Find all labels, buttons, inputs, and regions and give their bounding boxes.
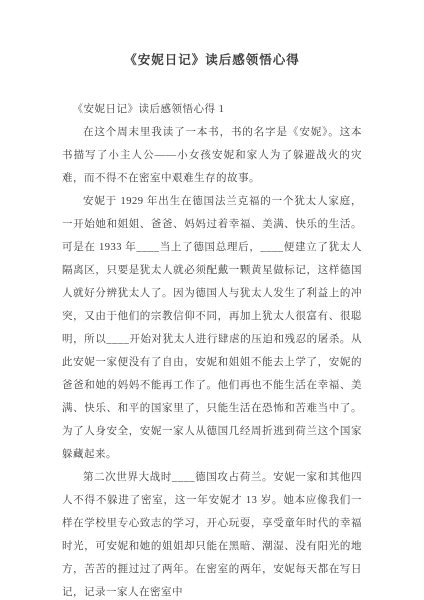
paragraph-secret-annex: 第二次世界大战时____德国攻占荷兰。安妮一家和其他四人不得不躲进了密室，这一年…	[62, 466, 362, 600]
section-heading: 《安妮日记》读后感领悟心得 1	[62, 98, 362, 121]
paragraph-anne-history: 安妮于 1929 年出生在德国法兰克福的一个犹太人家庭，一开始她和姐姐、爸爸、妈…	[62, 190, 362, 466]
paragraph-intro: 在这个周末里我读了一本书，书的名字是《安妮》。这本书描写了小主人公——小女孩安妮…	[62, 121, 362, 190]
document-page: 《安妮日记》读后感领悟心得 《安妮日记》读后感领悟心得 1 在这个周末里我读了一…	[0, 0, 424, 600]
document-title: 《安妮日记》读后感领悟心得	[62, 50, 362, 70]
